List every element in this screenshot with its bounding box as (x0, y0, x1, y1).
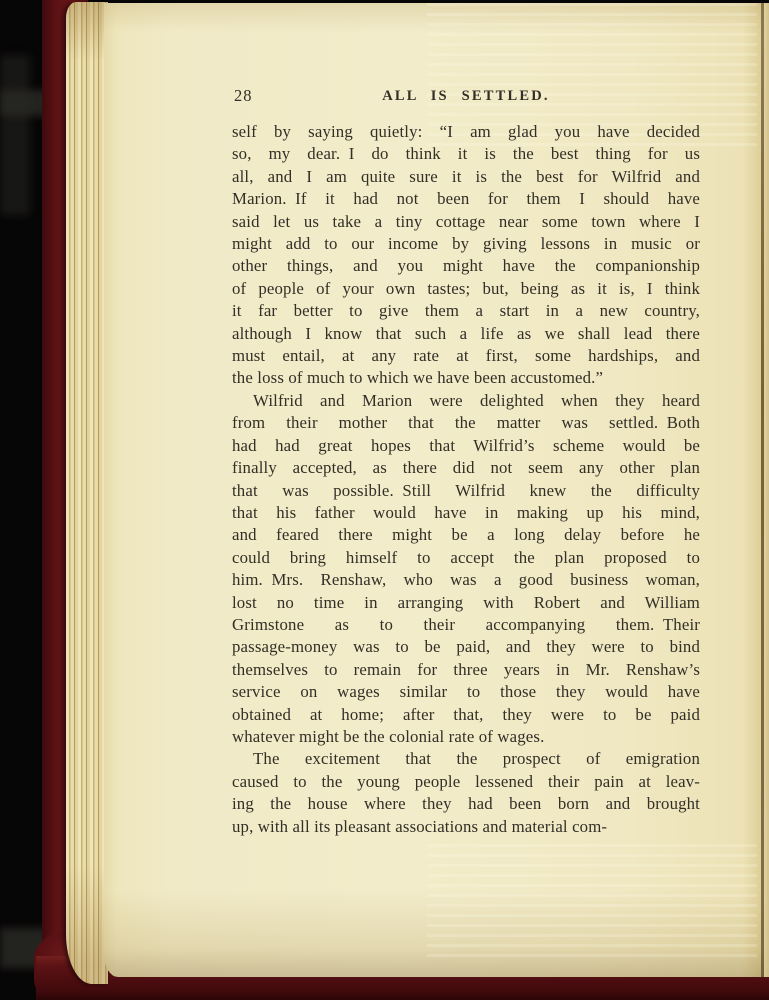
text-line: caused to the young people lessened thei… (232, 771, 700, 793)
text-line: ing the house where they had been born a… (232, 793, 700, 815)
page-gutter-fold-line (761, 3, 764, 977)
text-line: Marion. If it had not been for them I sh… (232, 188, 700, 210)
text-line: passage-money was to be paid, and they w… (232, 636, 700, 658)
text-line: could bring himself to accept the plan p… (232, 547, 700, 569)
text-line: self by saying quietly: “I am glad you h… (232, 121, 700, 143)
book-page: 28 ALL IS SETTLED. self by saying quietl… (104, 3, 769, 977)
page-gutter-edge (764, 3, 769, 977)
text-line: The excitement that the prospect of emig… (232, 748, 700, 770)
text-line: that his father would have in making up … (232, 502, 700, 524)
text-line: it far better to give them a start in a … (232, 300, 700, 322)
text-line: must entail, at any rate at first, some … (232, 345, 700, 367)
text-line: although I know that such a life as we s… (232, 323, 700, 345)
page-header: 28 ALL IS SETTLED. (232, 86, 700, 106)
text-line: said let us take a tiny cottage near som… (232, 211, 700, 233)
text-line: other things, and you might have the com… (232, 255, 700, 277)
text-line: him. Mrs. Renshaw, who was a good busine… (232, 569, 700, 591)
text-block: self by saying quietly: “I am glad you h… (232, 121, 700, 838)
text-line: from their mother that the matter was se… (232, 412, 700, 434)
text-line: so, my dear. I do think it is the best t… (232, 143, 700, 165)
text-line: themselves to remain for three years in … (232, 659, 700, 681)
text-line: and feared there might be a long delay b… (232, 524, 700, 546)
text-line: lost no time in arranging with Robert an… (232, 592, 700, 614)
text-line: of people of your own tastes; but, being… (232, 278, 700, 300)
text-line: that was possible. Still Wilfrid knew th… (232, 480, 700, 502)
text-line: Wilfrid and Marion were delighted when t… (232, 390, 700, 412)
text-line: had had great hopes that Wilfrid’s schem… (232, 435, 700, 457)
page-curve-sheen (427, 844, 757, 959)
text-line: up, with all its pleasant associations a… (232, 816, 700, 838)
paragraph: The excitement that the prospect of emig… (232, 748, 700, 838)
text-line: whatever might be the colonial rate of w… (232, 726, 700, 748)
text-line: service on wages similar to those they w… (232, 681, 700, 703)
text-line: finally accepted, as there did not seem … (232, 457, 700, 479)
text-line: the loss of much to which we have been a… (232, 367, 700, 389)
photo-of-open-book: 28 ALL IS SETTLED. self by saying quietl… (0, 0, 769, 1000)
text-line: all, and I am quite sure it is the best … (232, 166, 700, 188)
page-edge-stack (66, 2, 108, 984)
text-line: Grimstone as to their accompanying them.… (232, 614, 700, 636)
printed-content: 28 ALL IS SETTLED. self by saying quietl… (232, 86, 700, 838)
running-title: ALL IS SETTLED. (232, 88, 700, 105)
backdrop-smudge (0, 55, 30, 215)
text-line: might add to our income by giving lesson… (232, 233, 700, 255)
paragraph: self by saying quietly: “I am glad you h… (232, 121, 700, 390)
paragraph: Wilfrid and Marion were delighted when t… (232, 390, 700, 749)
text-line: obtained at home; after that, they were … (232, 704, 700, 726)
